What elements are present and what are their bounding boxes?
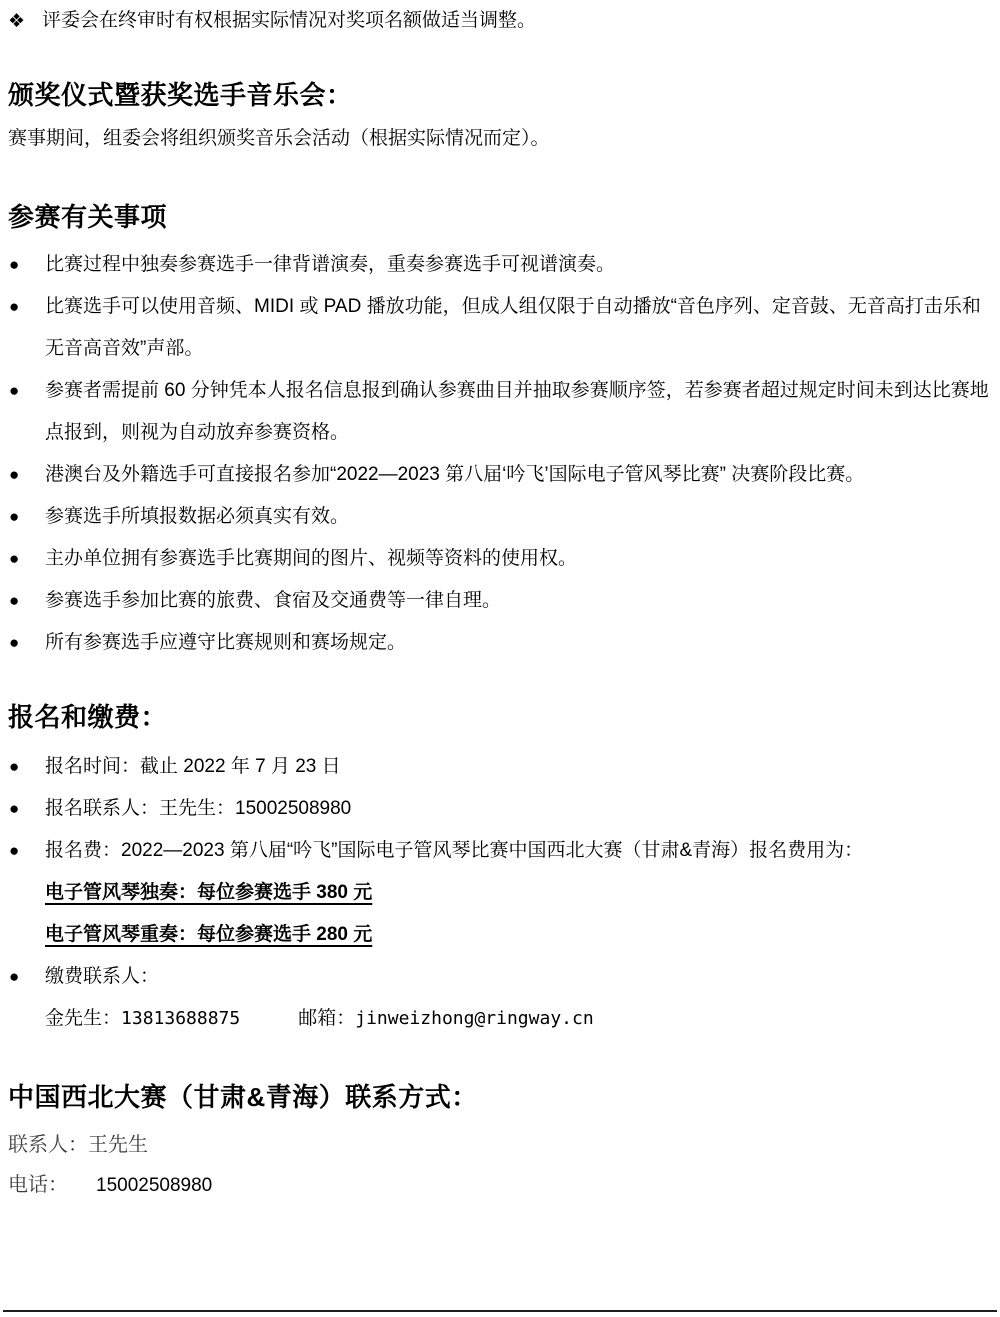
fee-solo-line: 电子管风琴独奏：每位参赛选手 380 元 <box>45 872 990 914</box>
list-item: ● 参赛选手所填报数据必须真实有效。 <box>8 496 990 538</box>
contact-phone-number: 15002508980 <box>96 1175 212 1196</box>
payment-contact-label: 缴费联系人： <box>45 956 990 998</box>
bullet-dot-icon: ● <box>9 538 19 580</box>
registration-list: ● 报名时间：截止 2022 年 7 月 23 日 ● 报名联系人：王先生：15… <box>8 746 990 1040</box>
participation-list: ● 比赛过程中独奏参赛选手一律背谱演奏，重奏参赛选手可视谱演奏。 ● 比赛选手可… <box>8 244 990 664</box>
list-item-text: 主办单位拥有参赛选手比赛期间的图片、视频等资料的使用权。 <box>45 538 990 580</box>
bullet-dot-icon: ● <box>9 956 19 998</box>
list-item: ● 报名费：2022—2023 第八届“吟飞”国际电子管风琴比赛中国西北大赛（甘… <box>8 830 990 872</box>
list-item: ● 缴费联系人： <box>8 956 990 998</box>
fee-ensemble-line: 电子管风琴重奏：每位参赛选手 280 元 <box>45 914 990 956</box>
payment-detail-row: 金先生：13813688875邮箱：jinweizhong@ringway.cn <box>45 998 990 1040</box>
award-ceremony-heading: 颁奖仪式暨获奖选手音乐会： <box>8 78 353 112</box>
list-item: ● 报名时间：截止 2022 年 7 月 23 日 <box>8 746 990 788</box>
fee-ensemble-text: 电子管风琴重奏：每位参赛选手 280 元 <box>45 924 372 945</box>
list-item: ● 比赛选手可以使用音频、MIDI 或 PAD 播放功能，但成人组仅限于自动播放… <box>8 286 990 370</box>
list-item-text: 比赛选手可以使用音频、MIDI 或 PAD 播放功能，但成人组仅限于自动播放“音… <box>45 286 990 370</box>
payment-contact-phone: 13813688875 <box>121 1008 240 1029</box>
list-item-text: 港澳台及外籍选手可直接报名参加“2022—2023 第八届‘吟飞’国际电子管风琴… <box>45 454 990 496</box>
bullet-dot-icon: ● <box>9 788 19 830</box>
contact-person-label: 联系人： <box>8 1134 88 1156</box>
list-item: ● 比赛过程中独奏参赛选手一律背谱演奏，重奏参赛选手可视谱演奏。 <box>8 244 990 286</box>
bullet-dot-icon: ● <box>9 496 19 538</box>
bullet-dot-icon: ● <box>9 622 19 664</box>
diamond-bullet-icon: ❖ <box>8 9 25 35</box>
top-note: ❖ 评委会在终审时有权根据实际情况对奖项名额做适当调整。 <box>8 8 990 34</box>
award-ceremony-body: 赛事期间，组委会将组织颁奖音乐会活动（根据实际情况而定）。 <box>8 126 990 152</box>
registration-fee-intro: 报名费：2022—2023 第八届“吟飞”国际电子管风琴比赛中国西北大赛（甘肃&… <box>45 830 990 872</box>
registration-deadline: 报名时间：截止 2022 年 7 月 23 日 <box>45 746 990 788</box>
payment-contact-name: 金先生： <box>45 1008 121 1029</box>
list-item: ● 所有参赛选手应遵守比赛规则和赛场规定。 <box>8 622 990 664</box>
bullet-dot-icon: ● <box>9 370 19 412</box>
list-item: ● 港澳台及外籍选手可直接报名参加“2022—2023 第八届‘吟飞’国际电子管… <box>8 454 990 496</box>
regional-contact-heading: 中国西北大赛（甘肃&青海）联系方式： <box>8 1080 478 1114</box>
document-page: ❖ 评委会在终审时有权根据实际情况对奖项名额做适当调整。 颁奖仪式暨获奖选手音乐… <box>0 0 1000 1317</box>
top-note-text: 评委会在终审时有权根据实际情况对奖项名额做适当调整。 <box>42 8 990 34</box>
list-item: ● 报名联系人：王先生：15002508980 <box>8 788 990 830</box>
list-item-text: 比赛过程中独奏参赛选手一律背谱演奏，重奏参赛选手可视谱演奏。 <box>45 244 990 286</box>
bullet-dot-icon: ● <box>9 830 19 872</box>
registration-contact: 报名联系人：王先生：15002508980 <box>45 788 990 830</box>
list-item: ● 参赛者需提前 60 分钟凭本人报名信息报到确认参赛曲目并抽取参赛顺序签，若参… <box>8 370 990 454</box>
contact-phone-label: 电话： <box>8 1174 68 1196</box>
bullet-dot-icon: ● <box>9 286 19 328</box>
contact-phone-row: 电话：15002508980 <box>8 1172 212 1199</box>
list-item-text: 参赛者需提前 60 分钟凭本人报名信息报到确认参赛曲目并抽取参赛顺序签，若参赛者… <box>45 370 990 454</box>
participation-heading: 参赛有关事项 <box>8 200 167 234</box>
contact-person-row: 联系人：王先生 <box>8 1132 148 1158</box>
bullet-dot-icon: ● <box>9 454 19 496</box>
bullet-dot-icon: ● <box>9 244 19 286</box>
list-item-text: 所有参赛选手应遵守比赛规则和赛场规定。 <box>45 622 990 664</box>
email-address: jinweizhong@ringway.cn <box>355 1008 593 1029</box>
footer-divider <box>3 1310 997 1312</box>
list-item-text: 参赛选手参加比赛的旅费、食宿及交通费等一律自理。 <box>45 580 990 622</box>
contact-person-name: 王先生 <box>88 1134 148 1156</box>
bullet-dot-icon: ● <box>9 580 19 622</box>
list-item-text: 参赛选手所填报数据必须真实有效。 <box>45 496 990 538</box>
list-item: ● 参赛选手参加比赛的旅费、食宿及交通费等一律自理。 <box>8 580 990 622</box>
fee-solo-text: 电子管风琴独奏：每位参赛选手 380 元 <box>45 882 372 903</box>
list-item: ● 主办单位拥有参赛选手比赛期间的图片、视频等资料的使用权。 <box>8 538 990 580</box>
bullet-dot-icon: ● <box>9 746 19 788</box>
registration-heading: 报名和缴费： <box>8 700 167 734</box>
email-label: 邮箱： <box>298 1008 355 1029</box>
